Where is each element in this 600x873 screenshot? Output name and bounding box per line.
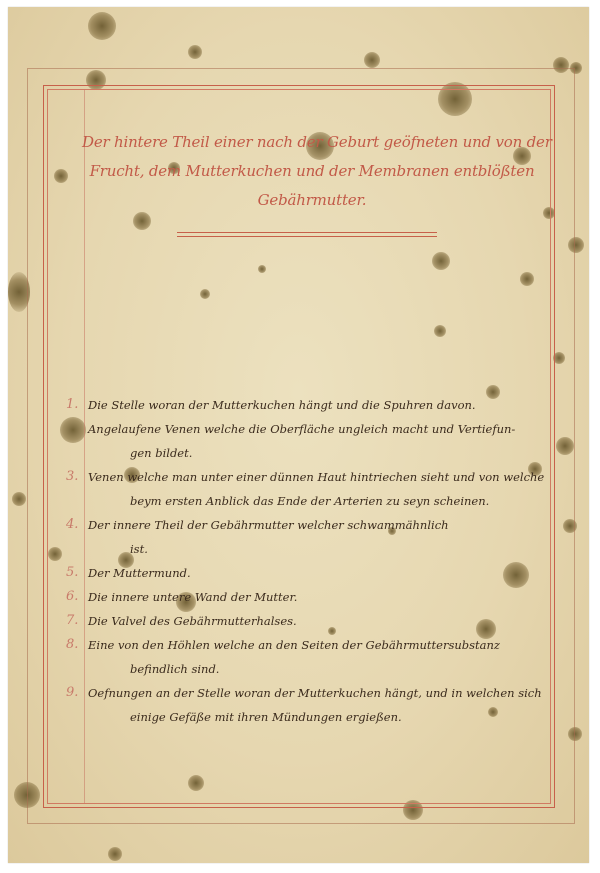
entry-number: 3. [66,465,78,489]
entry-text: Die innere untere Wand der Mutter. [88,585,297,609]
legend-entry-8: 8. Eine von den Höhlen welche an den Sei… [60,633,540,681]
entry-text-continuation: ist. [130,537,148,561]
legend-entry-9: 9. Oefnungen an der Stelle woran der Mut… [60,681,540,729]
legend-entry-4: 4. Der innere Theil der Gebährmutter wel… [60,513,540,561]
entry-text: Der Muttermund. [88,561,191,585]
legend-entry-6: 6. Die innere untere Wand der Mutter. [60,585,540,609]
legend-entry-5: 5. Der Muttermund. [60,561,540,585]
entry-text: Angelaufene Venen welche die Oberfläche … [88,417,515,441]
entry-number: 6. [66,585,78,609]
entry-number: 4. [66,513,78,537]
title-line-2: Frucht, dem Mutterkuchen und der Membran… [82,157,542,186]
entry-number: 1. [66,393,78,417]
title-line-1: Der hintere Theil einer nach der Geburt … [82,128,542,157]
legend-entry-7: 7. Die Valvel des Gebährmutterhalses. [60,609,540,633]
page-title: Der hintere Theil einer nach der Geburt … [82,128,542,215]
entry-text-continuation: beym ersten Anblick das Ende der Arterie… [130,489,489,513]
title-line-3: Gebährmutter. [82,186,542,215]
entry-text: Die Valvel des Gebährmutterhalses. [88,609,297,633]
entry-text: Der innere Theil der Gebährmutter welche… [88,513,449,537]
legend-entry-2: Angelaufene Venen welche die Oberfläche … [60,417,540,465]
title-double-rule [177,232,437,237]
entry-text: Oefnungen an der Stelle woran der Mutter… [88,681,542,705]
entry-text-continuation: einige Gefäße mit ihren Mündungen ergieß… [130,705,402,729]
entry-text: Die Stelle woran der Mutterkuchen hängt … [88,393,476,417]
legend-entry-1: 1. Die Stelle woran der Mutterkuchen hän… [60,393,540,417]
entry-number: 8. [66,633,78,657]
entry-number: 7. [66,609,78,633]
entry-number: 9. [66,681,78,705]
entry-text-continuation: befindlich sind. [130,657,219,681]
entry-text: Venen welche man unter einer dünnen Haut… [88,465,544,489]
entry-text-continuation: gen bildet. [130,441,192,465]
entry-text: Eine von den Höhlen welche an den Seiten… [88,633,500,657]
legend-entry-3: 3. Venen welche man unter einer dünnen H… [60,465,540,513]
legend-list: 1. Die Stelle woran der Mutterkuchen hän… [60,393,540,729]
entry-number: 5. [66,561,78,585]
